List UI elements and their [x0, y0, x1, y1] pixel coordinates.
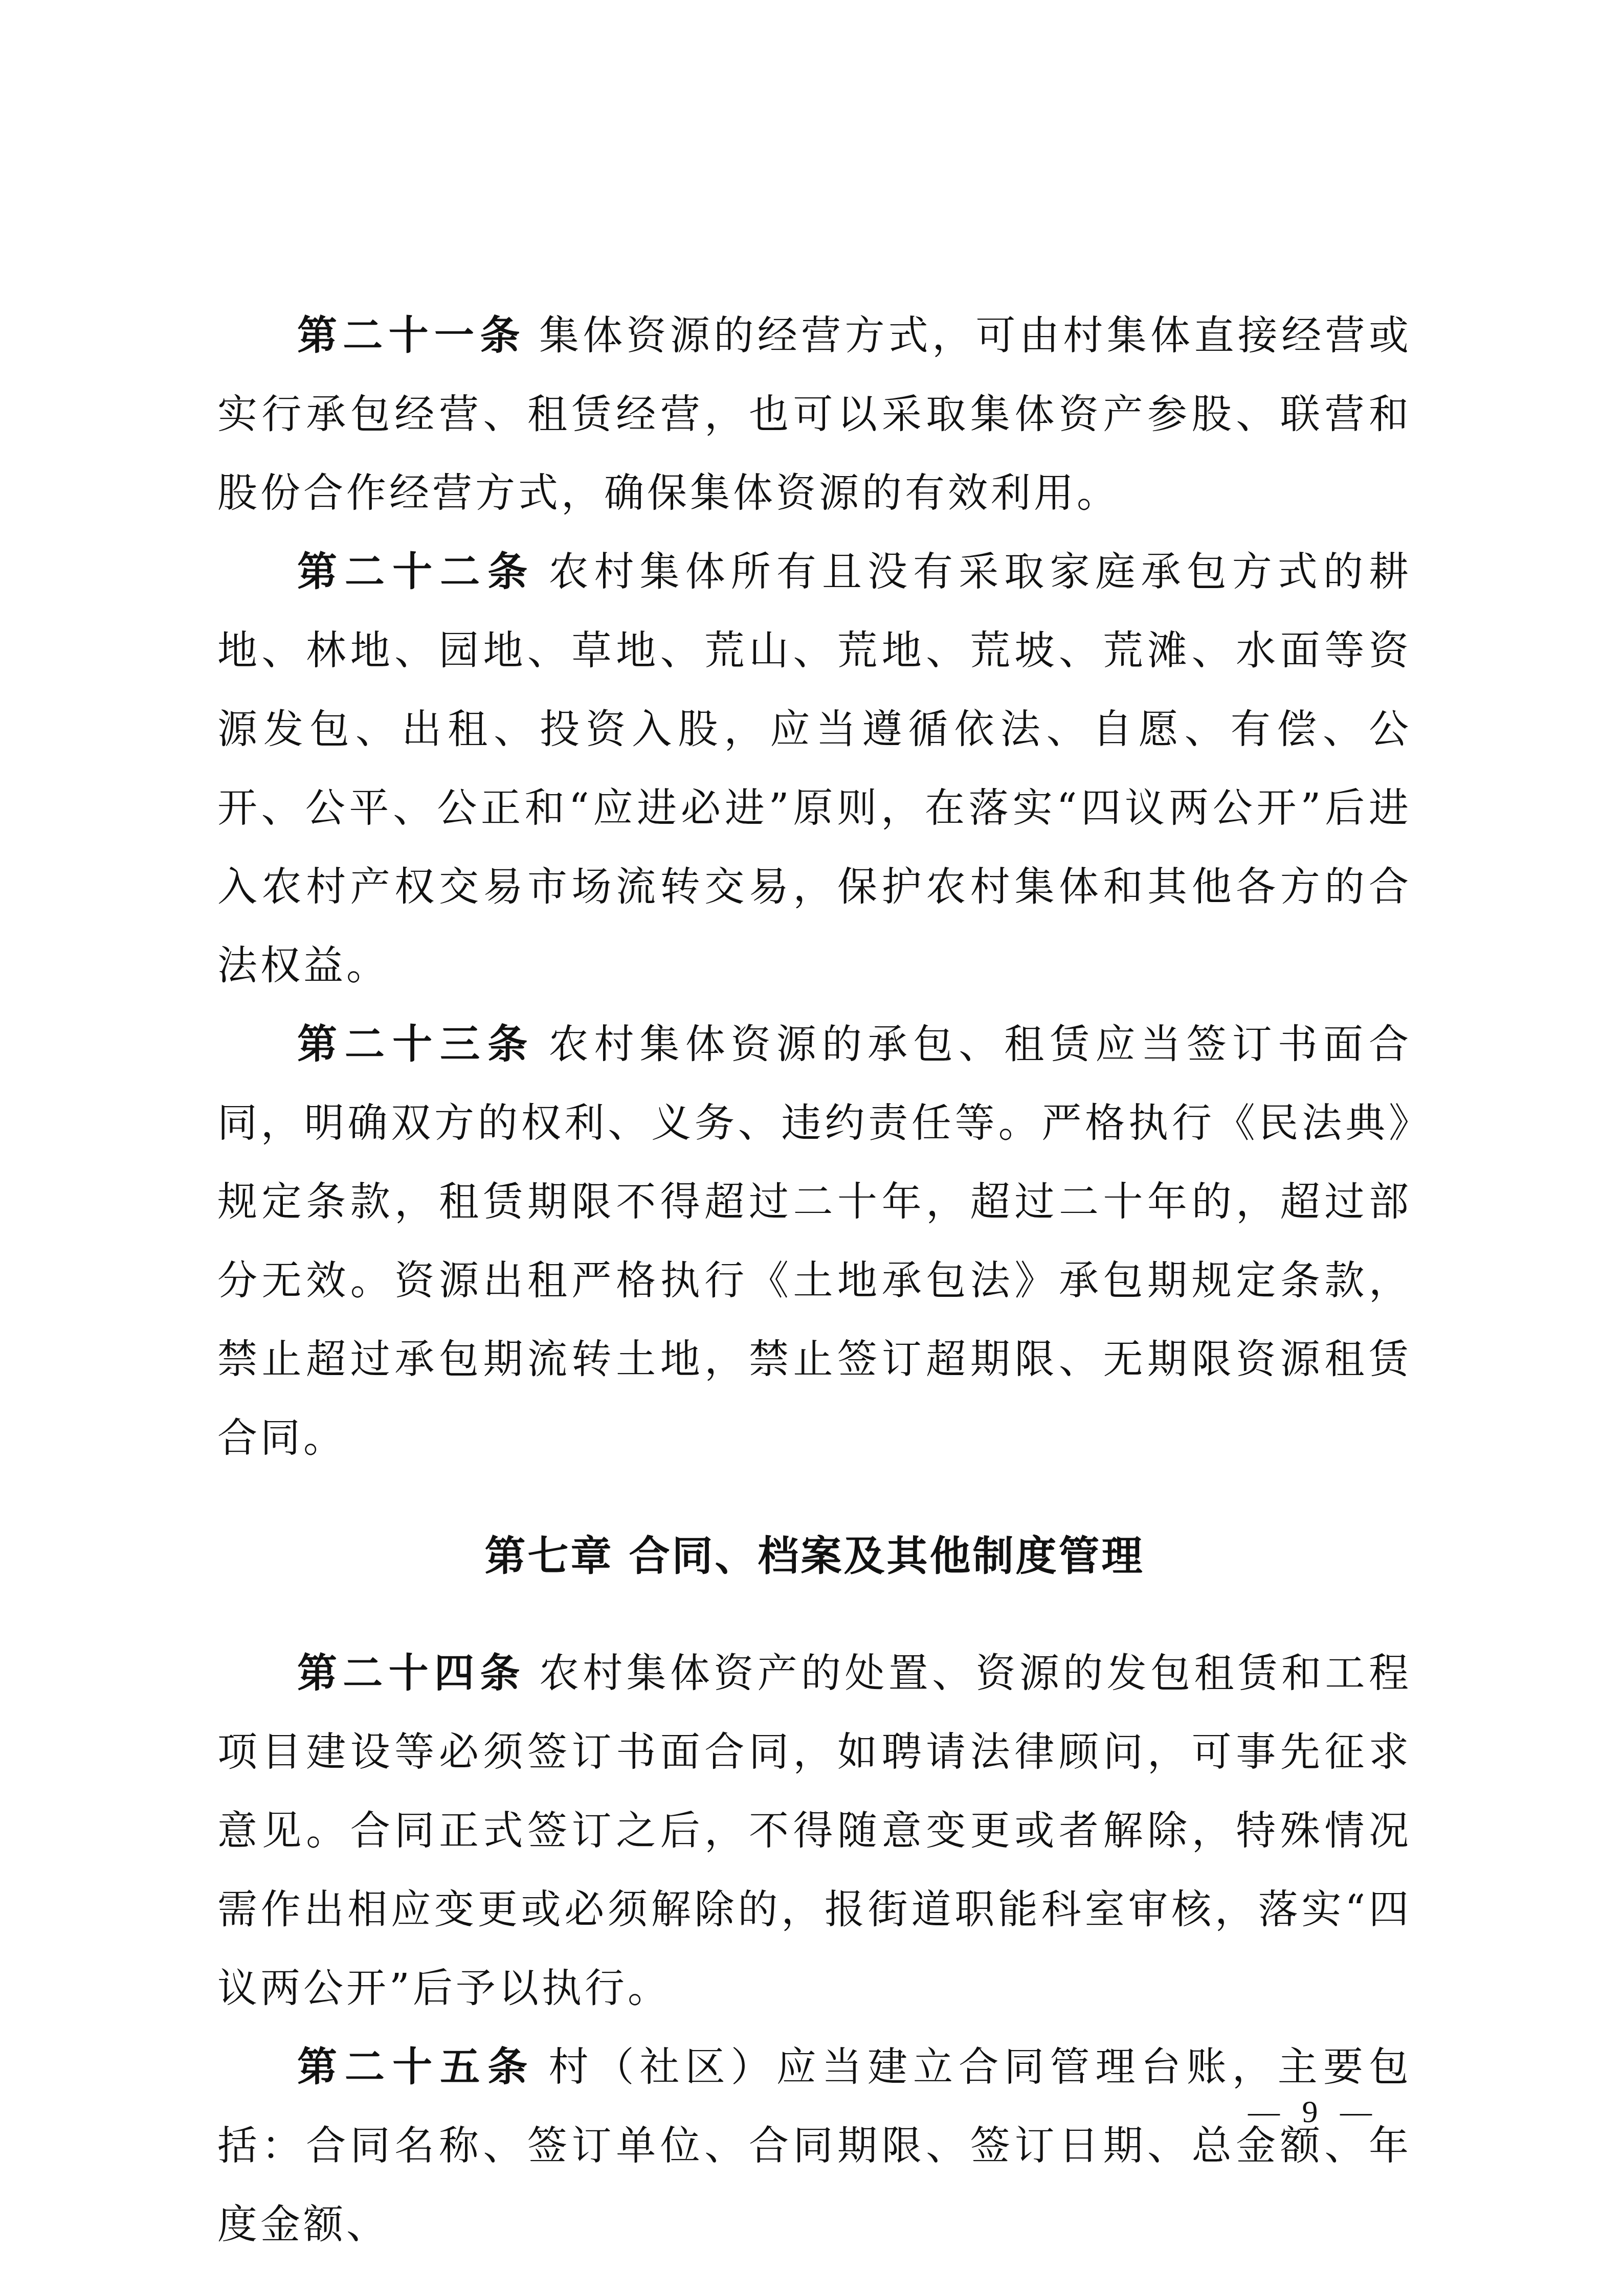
- page-number: — 9 —: [1248, 2094, 1379, 2130]
- article-number: 第二十二条: [297, 549, 535, 595]
- article-24: 第二十四条农村集体资产的处置、资源的发包租赁和工程项目建设等必须签订书面合同，如…: [217, 1634, 1412, 2028]
- document-page: 第二十一条集体资源的经营方式，可由村集体直接经营或实行承包经营、租赁经营，也可以…: [217, 297, 1412, 2264]
- article-text: 农村集体所有且没有采取家庭承包方式的耕地、林地、园地、草地、荒山、荒地、荒坡、荒…: [217, 549, 1412, 989]
- article-number: 第二十四条: [297, 1651, 526, 1697]
- chapter-number: 第七章: [485, 1532, 614, 1580]
- article-text: 农村集体资源的承包、租赁应当签订书面合同，明确双方的权利、义务、违约责任等。严格…: [217, 1022, 1412, 1461]
- article-number: 第二十五条: [297, 2044, 535, 2090]
- article-number: 第二十三条: [297, 1022, 535, 1068]
- chapter-heading: 第七章合同、档案及其他制度管理: [217, 1517, 1412, 1595]
- article-21: 第二十一条集体资源的经营方式，可由村集体直接经营或实行承包经营、租赁经营，也可以…: [217, 297, 1412, 533]
- article-23: 第二十三条农村集体资源的承包、租赁应当签订书面合同，明确双方的权利、义务、违约责…: [217, 1005, 1412, 1478]
- article-number: 第二十一条: [297, 313, 526, 359]
- article-text: 农村集体资产的处置、资源的发包租赁和工程项目建设等必须签订书面合同，如聘请法律顾…: [217, 1651, 1412, 2012]
- chapter-title: 合同、档案及其他制度管理: [629, 1532, 1145, 1580]
- article-22: 第二十二条农村集体所有且没有采取家庭承包方式的耕地、林地、园地、草地、荒山、荒地…: [217, 533, 1412, 1005]
- article-25: 第二十五条村（社区）应当建立合同管理台账，主要包括：合同名称、签订单位、合同期限…: [217, 2028, 1412, 2264]
